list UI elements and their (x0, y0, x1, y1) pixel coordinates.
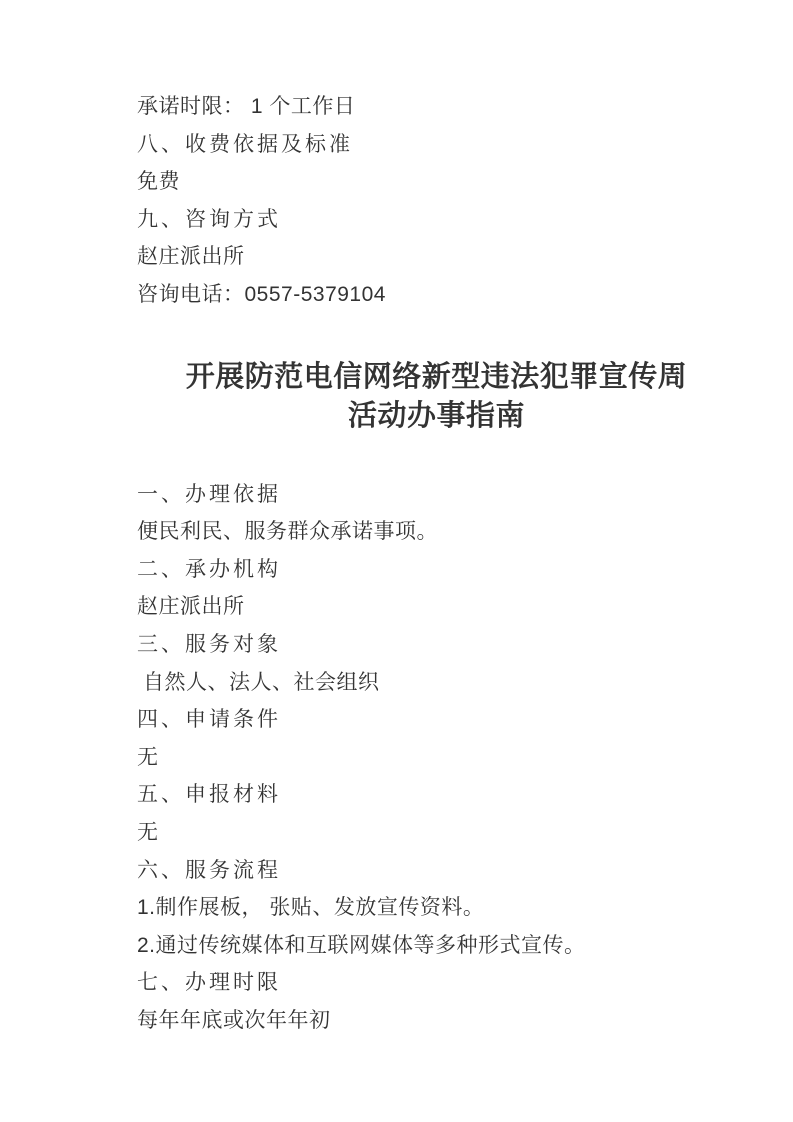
doc-title-line-1: 开展防范电信网络新型违法犯罪宣传周 (80, 358, 793, 397)
doc-title: 开展防范电信网络新型违法犯罪宣传周 活动办事指南 (80, 358, 793, 436)
paragraph-line: 赵庄派出所 (137, 588, 713, 626)
paragraph-line: 咨询电话：0557-5379104 (137, 276, 713, 314)
doc-title-line-2: 活动办事指南 (80, 397, 793, 436)
paragraph-line: 免费 (137, 163, 713, 201)
paragraph-line: 无 (137, 814, 713, 852)
paragraph-line: 自然人、法人、社会组织 (137, 664, 713, 702)
section-heading: 四、申请条件 (137, 701, 713, 739)
section-heading: 九、咨询方式 (137, 201, 713, 239)
paragraph-line: 无 (137, 739, 713, 777)
section-heading: 三、服务对象 (137, 626, 713, 664)
document-page: 承诺时限： 1 个工作日 八、收费依据及标准 免费 九、咨询方式 赵庄派出所 咨… (0, 0, 793, 1122)
section-heading: 二、承办机构 (137, 551, 713, 589)
paragraph-line: 便民利民、服务群众承诺事项。 (137, 513, 713, 551)
section-heading: 六、服务流程 (137, 852, 713, 890)
paragraph-line: 承诺时限： 1 个工作日 (137, 88, 713, 126)
paragraph-line: 1.制作展板， 张贴、发放宣传资料。 (137, 889, 713, 927)
paragraph-line: 每年年底或次年年初 (137, 1002, 713, 1040)
section-heading: 一、办理依据 (137, 476, 713, 514)
section-heading: 五、申报材料 (137, 776, 713, 814)
section-heading: 八、收费依据及标准 (137, 126, 713, 164)
paragraph-line: 赵庄派出所 (137, 238, 713, 276)
paragraph-line: 2.通过传统媒体和互联网媒体等多种形式宣传。 (137, 927, 713, 965)
section-heading: 七、办理时限 (137, 964, 713, 1002)
